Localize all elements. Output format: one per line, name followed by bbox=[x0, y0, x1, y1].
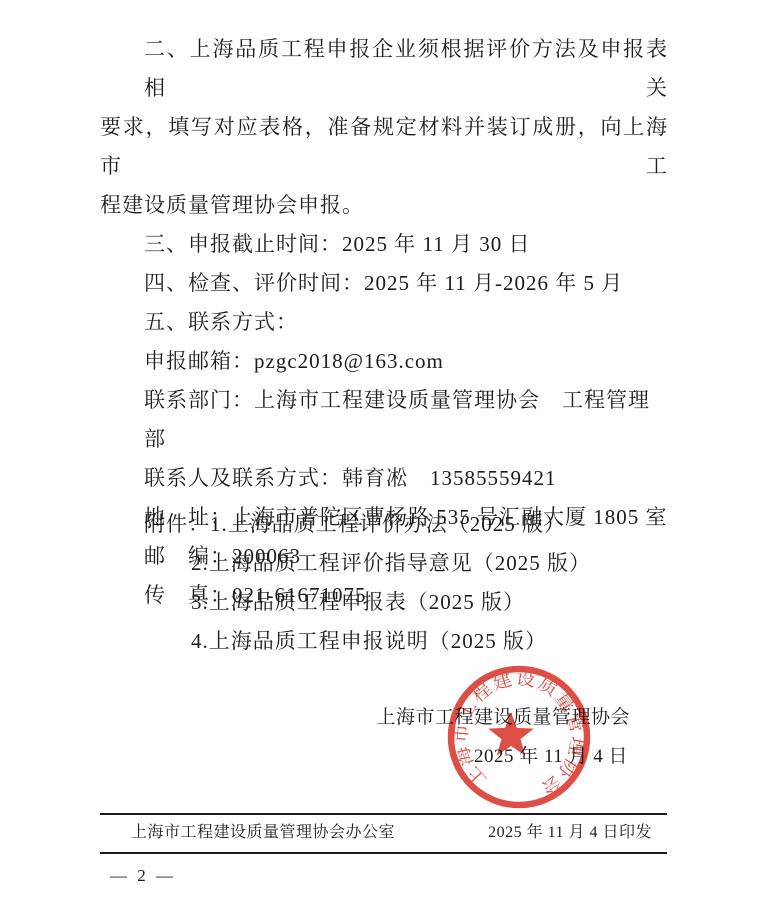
attachments-block: 附件：1.上海品质工程评价办法（2025 版） 2.上海品质工程评价指导意见（2… bbox=[100, 505, 668, 661]
attachment-item-text: 1.上海品质工程评价办法（2025 版） bbox=[210, 512, 566, 536]
deadline-line: 三、申报截止时间：2025 年 11 月 30 日 bbox=[100, 225, 668, 264]
attachment-item: 3.上海品质工程申报表（2025 版） bbox=[100, 583, 668, 622]
footer-rule-bottom bbox=[100, 852, 667, 854]
attachment-item: 2.上海品质工程评价指导意见（2025 版） bbox=[100, 544, 668, 583]
page-number: — 2 — bbox=[110, 866, 176, 886]
seal-star-icon bbox=[488, 712, 534, 755]
email-line: 申报邮箱：pzgc2018@163.com bbox=[100, 342, 668, 381]
document-page: 二、上海品质工程申报企业须根据评价方法及申报表相关 要求，填写对应表格，准备规定… bbox=[0, 0, 766, 923]
footer-row: 上海市工程建设质量管理协会办公室 2025 年 11 月 4 日印发 bbox=[100, 820, 667, 846]
contact-heading-line: 五、联系方式： bbox=[100, 303, 668, 342]
paragraph-line: 要求，填写对应表格，准备规定材料并装订成册，向上海市工 bbox=[100, 108, 668, 186]
footer-issue-date: 2025 年 11 月 4 日印发 bbox=[488, 820, 652, 846]
evaluation-period-line: 四、检查、评价时间：2025 年 11 月-2026 年 5 月 bbox=[100, 264, 668, 303]
footer-rule-top bbox=[100, 813, 667, 815]
official-seal: 上海市工程建设质量管理协会 bbox=[434, 652, 604, 822]
footer-office: 上海市工程建设质量管理协会办公室 bbox=[131, 820, 395, 846]
department-line: 联系部门：上海市工程建设质量管理协会 工程管理部 bbox=[100, 381, 668, 459]
contact-person-line: 联系人及联系方式：韩育凇 13585559421 bbox=[100, 459, 668, 498]
paragraph-line: 程建设质量管理协会申报。 bbox=[100, 186, 668, 225]
attachments-label: 附件： bbox=[144, 512, 210, 536]
attachment-item: 附件：1.上海品质工程评价办法（2025 版） bbox=[100, 505, 668, 544]
paragraph-line: 二、上海品质工程申报企业须根据评价方法及申报表相关 bbox=[100, 30, 668, 108]
